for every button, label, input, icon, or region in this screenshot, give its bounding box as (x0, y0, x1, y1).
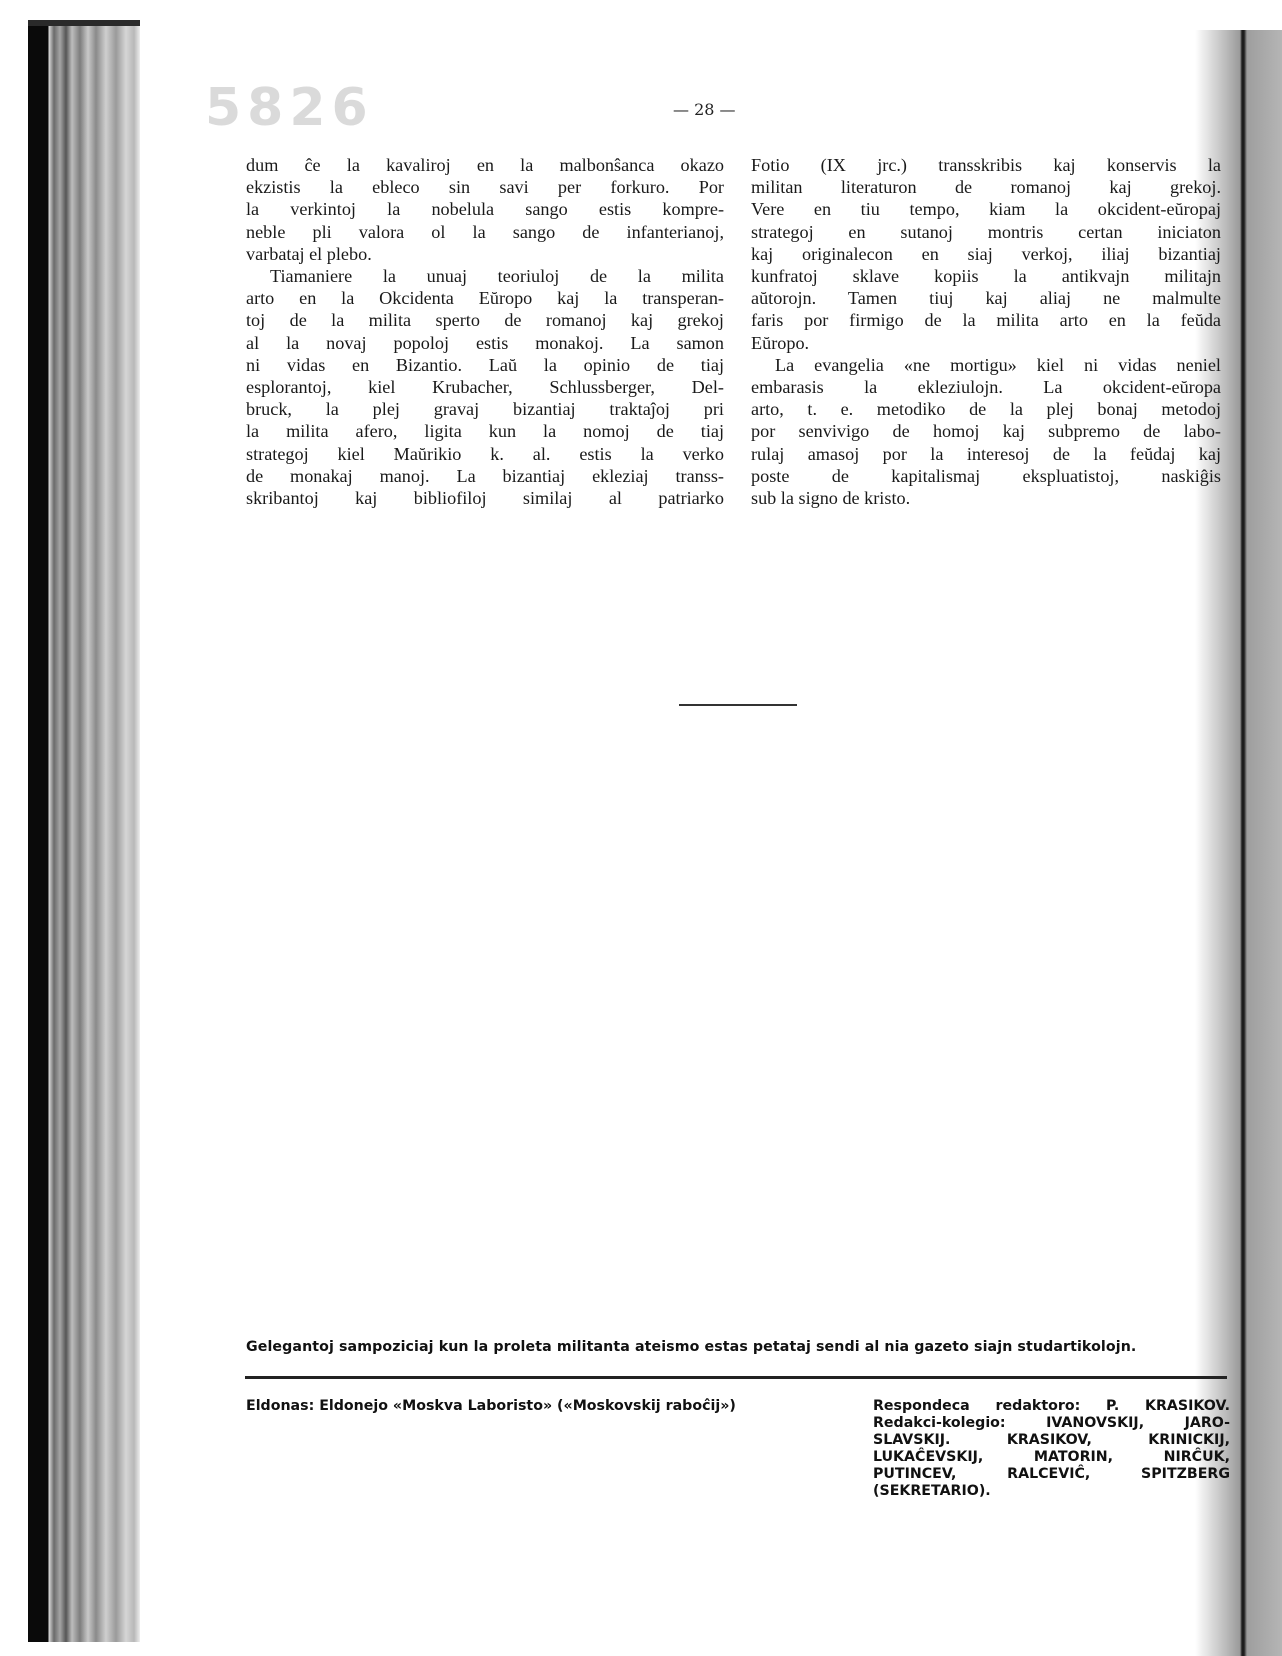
text-line: dum ĉe la kavaliroj en la malbonŝanca ok… (246, 154, 724, 176)
text-line: la milita afero, ligita kun la nomoj de … (246, 420, 724, 442)
text-line: bruck, la plej gravaj bizantiaj traktaĵo… (246, 398, 724, 420)
text-line: strategoj en sutanoj montris certan inic… (751, 221, 1221, 243)
text-line: de monakaj manoj. La bizantiaj ekleziaj … (246, 465, 724, 487)
footer-rule (245, 1376, 1227, 1379)
text-line: poste de kapitalismaj ekspluatistoj, nas… (751, 465, 1221, 487)
text-line: embarasis la ekleziulojn. La okcident-eŭ… (751, 376, 1221, 398)
text-line: militan literaturon de romanoj kaj greko… (751, 176, 1221, 198)
text-line: por senvivigo de homoj kaj subpremo de l… (751, 420, 1221, 442)
editor-line: LUKAĈEVSKIJ, MATORIN, NIRĈUK, (873, 1449, 1230, 1466)
text-line: arto en la Okcidenta Eŭropo kaj la trans… (246, 287, 724, 309)
book-binding-left (28, 20, 140, 1642)
editor-line: Respondeca redaktoro: P. KRASIKOV. (873, 1398, 1230, 1415)
editorial-board: Respondeca redaktoro: P. KRASIKOV. Redak… (873, 1398, 1230, 1500)
text-line: La evangelia «ne mortigu» kiel ni vidas … (751, 354, 1221, 376)
editor-line: (SEKRETARIO). (873, 1483, 1230, 1500)
text-line: arto, t. e. metodiko de la plej bonaj me… (751, 398, 1221, 420)
text-line: neble pli valora ol la sango de infanter… (246, 221, 724, 243)
editor-line: PUTINCEV, RALCEVIĈ, SPITZBERG (873, 1466, 1230, 1483)
section-separator (679, 704, 797, 706)
text-line: aŭtorojn. Tamen tiuj kaj aliaj ne malmul… (751, 287, 1221, 309)
text-line: kunfratoj sklave kopiis la antikvajn mil… (751, 265, 1221, 287)
right-column: Fotio (IX jrc.) transskribis kaj konserv… (751, 154, 1221, 509)
paragraph: dum ĉe la kavaliroj en la malbonŝanca ok… (246, 154, 724, 265)
paragraph: La evangelia «ne mortigu» kiel ni vidas … (751, 354, 1221, 509)
text-line: ni vidas en Bizantio. Laŭ la opinio de t… (246, 354, 724, 376)
text-line: skribantoj kaj bibliofiloj similaj al pa… (246, 487, 724, 509)
book-binding-top (28, 20, 140, 26)
text-line: faris por firmigo de la milita arto en l… (751, 309, 1221, 331)
paragraph: Fotio (IX jrc.) transskribis kaj konserv… (751, 154, 1221, 354)
text-line: kaj originalecon en siaj verkoj, iliaj b… (751, 243, 1221, 265)
text-line: Tiamaniere la unuaj teoriuloj de la mili… (246, 265, 724, 287)
paragraph: Tiamaniere la unuaj teoriuloj de la mili… (246, 265, 724, 509)
text-line: al la novaj popoloj estis monakoj. La sa… (246, 332, 724, 354)
editor-line: SLAVSKIJ. KRASIKOV, KRINICKIJ, (873, 1432, 1230, 1449)
text-line: rulaj amasoj por la interesoj de la feŭd… (751, 443, 1221, 465)
text-line: sub la signo de kristo. (751, 487, 1221, 509)
text-line: toj de la milita sperto de romanoj kaj g… (246, 309, 724, 331)
text-line: strategoj kiel Maŭrikio k. al. estis la … (246, 443, 724, 465)
text-line: Fotio (IX jrc.) transskribis kaj konserv… (751, 154, 1221, 176)
text-line: Vere en tiu tempo, kiam la okcident-eŭro… (751, 198, 1221, 220)
page-number: — 28 — (673, 100, 736, 119)
library-stamp: 5826 (205, 78, 374, 138)
submission-notice: Gelegantoj sampoziciaj kun la proleta mi… (246, 1339, 1226, 1355)
editor-line: Redakci-kolegio: IVANOVSKIJ, JARO- (873, 1415, 1230, 1432)
text-line: ekzistis la ebleco sin savi per forkuro.… (246, 176, 724, 198)
text-line: Eŭropo. (751, 332, 1221, 354)
text-line: varbataj el plebo. (246, 243, 724, 265)
text-line: la verkintoj la nobelula sango estis kom… (246, 198, 724, 220)
left-column: dum ĉe la kavaliroj en la malbonŝanca ok… (246, 154, 724, 509)
publisher-imprint: Eldonas: Eldonejo «Moskva Laboristo» («M… (246, 1398, 736, 1414)
text-line: esplorantoj, kiel Krubacher, Schlussberg… (246, 376, 724, 398)
